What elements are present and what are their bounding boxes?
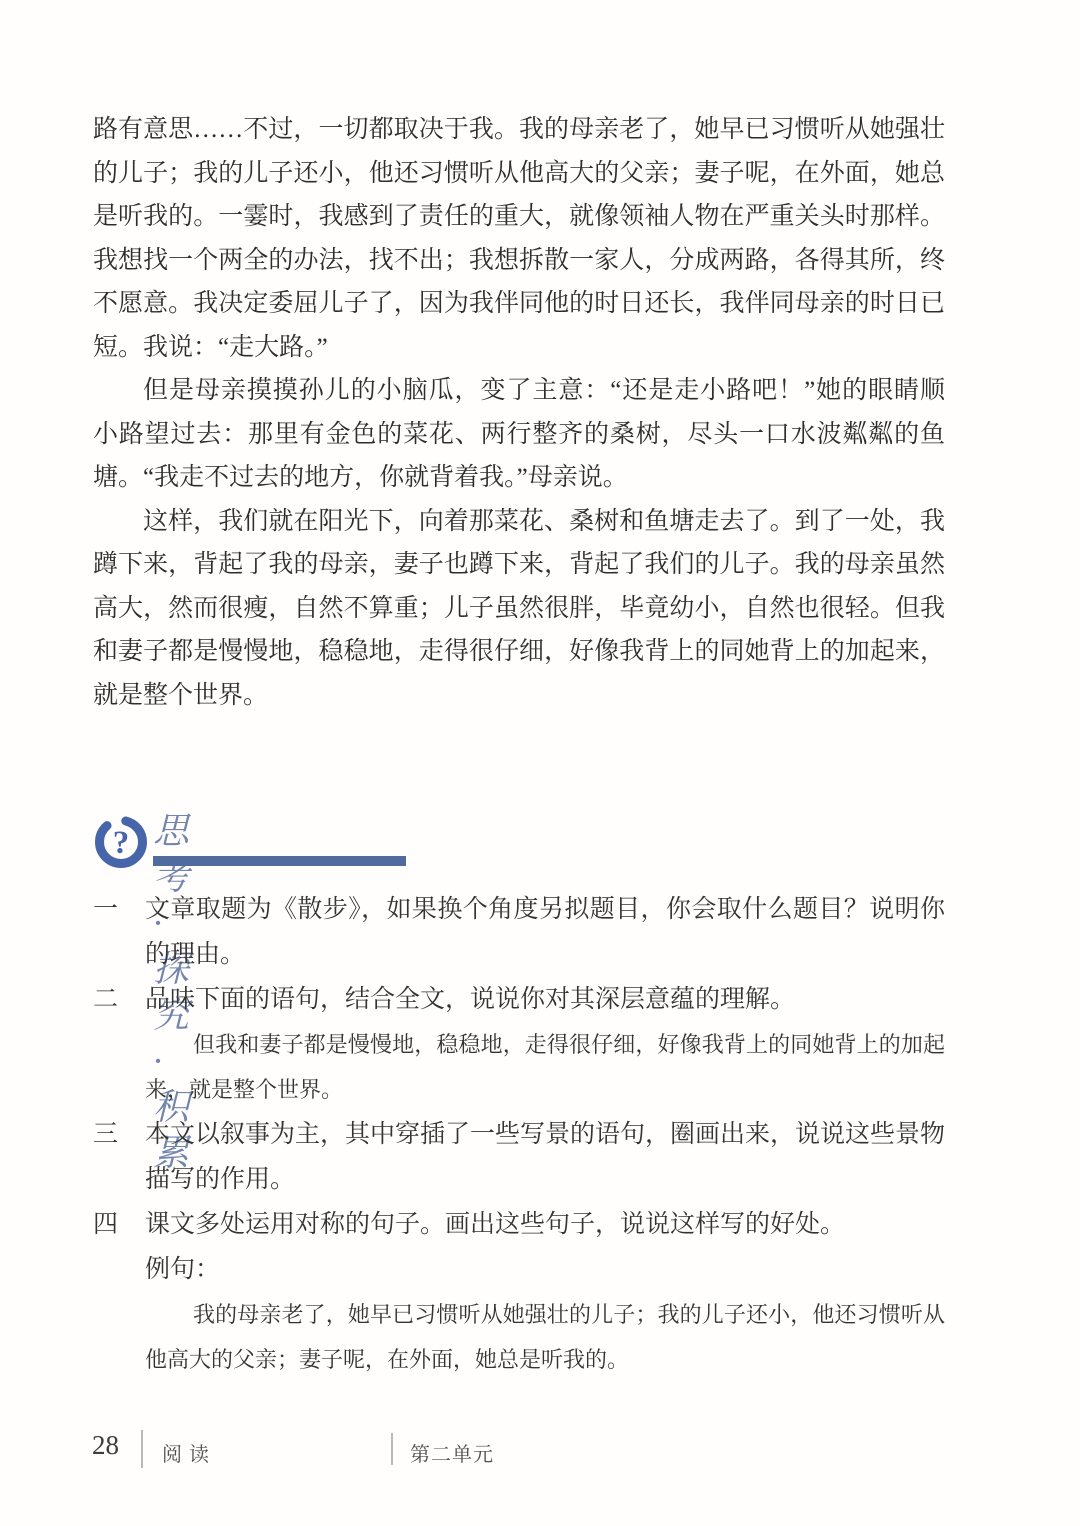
question-text: 本文以叙事为主，其中穿插了一些写景的语句，圈画出来，说说这些景物 [145, 1121, 945, 1148]
passage-line: 和妻子都是慢慢地，稳稳地，走得很仔细，好像我背上的同她背上的加起来， [93, 630, 945, 674]
question-line: 的理由。 [93, 932, 945, 977]
quote-text: 来，就是整个世界。 [145, 1077, 343, 1102]
textbook-page: 路有意思……不过，一切都取决于我。我的母亲老了，她早已习惯听从她强壮 的儿子；我… [0, 0, 1080, 1526]
question-text: 例句： [145, 1256, 220, 1283]
question-mark-icon: ? [92, 813, 150, 871]
passage-line: 就是整个世界。 [93, 674, 945, 718]
question-line: 二品味下面的语句，结合全文，说说你对其深层意蕴的理解。 [93, 977, 945, 1022]
unit-label: 第二单元 [410, 1438, 494, 1467]
passage-line: 的儿子；我的儿子还小，他还习惯听从他高大的父亲；妻子呢，在外面，她总 [93, 152, 945, 196]
question-line: 四课文多处运用对称的句子。画出这些句子，说说这样写的好处。 [93, 1202, 945, 1247]
passage-line: 是听我的。一霎时，我感到了责任的重大，就像领袖人物在严重关头时那样。 [93, 195, 945, 239]
question-text: 课文多处运用对称的句子。画出这些句子，说说这样写的好处。 [145, 1211, 845, 1238]
question-number: 四 [93, 1202, 123, 1247]
page-number: 28 [92, 1430, 119, 1461]
question-text: 文章取题为《散步》，如果换个角度另拟题目，你会取什么题目？说明你 [145, 896, 945, 923]
question-line: 三本文以叙事为主，其中穿插了一些写景的语句，圈画出来，说说这些景物 [93, 1112, 945, 1157]
passage-line: 路有意思……不过，一切都取决于我。我的母亲老了，她早已习惯听从她强壮 [93, 108, 945, 152]
passage-line: 小路望过去：那里有金色的菜花、两行整齐的桑树，尽头一口水波粼粼的鱼 [93, 413, 945, 457]
question-number: 二 [93, 977, 123, 1022]
quote-text: 我的母亲老了，她早已习惯听从她强壮的儿子；我的儿子还小，他还习惯听从 [193, 1302, 945, 1327]
quote-line: 他高大的父亲；妻子呢，在外面，她总是听我的。 [93, 1337, 945, 1382]
passage-line: 但是母亲摸摸孙儿的小脑瓜，变了主意：“还是走小路吧！”她的眼睛顺 [93, 369, 945, 413]
question-line: 例句： [93, 1247, 945, 1292]
question-line: 一文章取题为《散步》，如果换个角度另拟题目，你会取什么题目？说明你 [93, 887, 945, 932]
question-number: 一 [93, 887, 123, 932]
reading-section-label: 阅 读 [162, 1438, 210, 1467]
quote-line: 来，就是整个世界。 [93, 1067, 945, 1112]
passage-line: 塘。“我走不过去的地方，你就背着我。”母亲说。 [93, 456, 945, 500]
passage: 路有意思……不过，一切都取决于我。我的母亲老了，她早已习惯听从她强壮 的儿子；我… [93, 108, 945, 717]
quote-line: 但我和妻子都是慢慢地，稳稳地，走得很仔细，好像我背上的同她背上的加起 [93, 1022, 945, 1067]
passage-line: 蹲下来，背起了我的母亲，妻子也蹲下来，背起了我们的儿子。我的母亲虽然 [93, 543, 945, 587]
question-text: 描写的作用。 [145, 1166, 295, 1193]
quote-text: 但我和妻子都是慢慢地，稳稳地，走得很仔细，好像我背上的同她背上的加起 [193, 1032, 945, 1057]
question-number: 三 [93, 1112, 123, 1157]
footer-divider [391, 1433, 393, 1465]
passage-line: 这样，我们就在阳光下，向着那菜花、桑树和鱼塘走去了。到了一处，我 [93, 500, 945, 544]
question-text: 的理由。 [145, 941, 245, 968]
passage-line: 不愿意。我决定委屈儿子了，因为我伴同他的时日还长，我伴同母亲的时日已 [93, 282, 945, 326]
page-footer: 28 阅 读 第二单元 [0, 1428, 1080, 1472]
quote-line: 我的母亲老了，她早已习惯听从她强壮的儿子；我的儿子还小，他还习惯听从 [93, 1292, 945, 1337]
quote-text: 他高大的父亲；妻子呢，在外面，她总是听我的。 [145, 1347, 629, 1372]
footer-divider [141, 1430, 143, 1468]
passage-line: 我想找一个两全的办法，找不出；我想拆散一家人，分成两路，各得其所，终 [93, 239, 945, 283]
passage-line: 高大，然而很瘦，自然不算重；儿子虽然很胖，毕竟幼小，自然也很轻。但我 [93, 587, 945, 631]
question-line: 描写的作用。 [93, 1157, 945, 1202]
question-text: 品味下面的语句，结合全文，说说你对其深层意蕴的理解。 [145, 986, 795, 1013]
passage-line: 短。我说：“走大路。” [93, 326, 945, 370]
section-title-underline [153, 856, 406, 866]
questions-list: 一文章取题为《散步》，如果换个角度另拟题目，你会取什么题目？说明你 的理由。 二… [93, 887, 945, 1382]
question-glyph: ? [113, 825, 130, 861]
